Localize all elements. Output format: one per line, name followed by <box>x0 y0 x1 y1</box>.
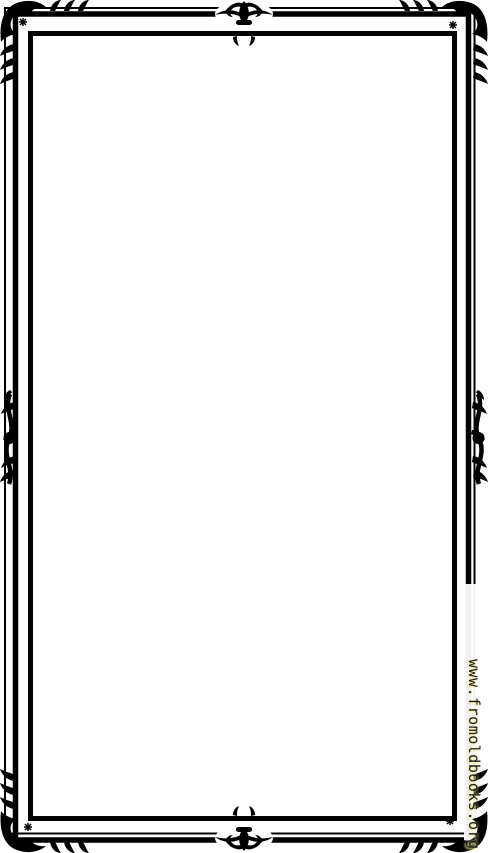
book-page: www.fromoldbooks.org <box>0 0 488 853</box>
bottom-center-fleuron-ornament <box>215 806 273 851</box>
top-center-fleuron-ornament <box>215 1 273 46</box>
frame-rules <box>5 8 475 840</box>
inner-corner-spark-marks <box>19 18 457 831</box>
woodcut-frame <box>0 0 488 853</box>
watermark-url: www.fromoldbooks.org <box>464 659 484 853</box>
